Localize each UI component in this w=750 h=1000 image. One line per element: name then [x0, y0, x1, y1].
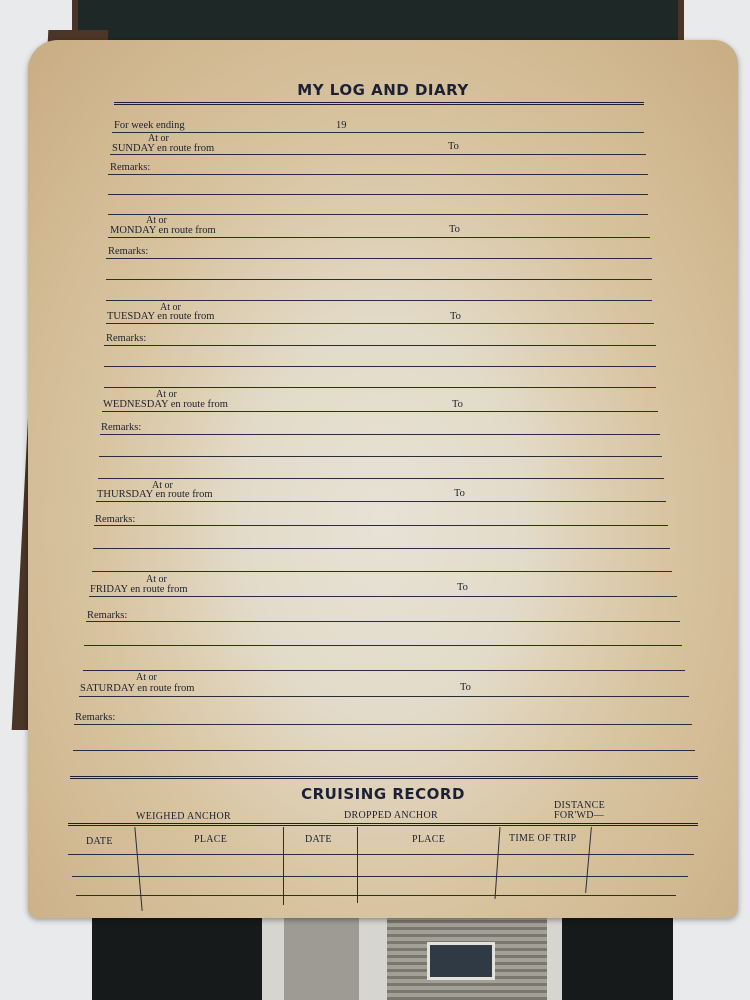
saturday-remarks-line[interactable]	[74, 724, 692, 725]
en-route-label: en route from	[155, 489, 212, 500]
en-route-label: en route from	[137, 683, 194, 694]
thursday-remarks-line[interactable]	[94, 525, 668, 526]
at-or-label: At or	[136, 672, 157, 683]
to-label: To	[460, 682, 471, 693]
notebook-cover-bottom-left	[92, 905, 277, 1000]
remarks-label: Remarks:	[75, 712, 115, 723]
monday-remarks-line[interactable]	[106, 300, 652, 301]
column-divider	[585, 827, 592, 893]
section-divider	[70, 776, 698, 779]
to-label: To	[449, 224, 460, 235]
en-route-label: en route from	[130, 584, 187, 595]
to-label: To	[450, 311, 461, 322]
sunday-remarks-line[interactable]	[108, 174, 648, 175]
remarks-label: Remarks:	[108, 246, 148, 257]
tuesday-remarks-line[interactable]	[104, 387, 656, 388]
day-name: WEDNESDAY	[103, 399, 168, 410]
tuesday-remarks-line[interactable]	[104, 345, 656, 346]
saturday-remarks-line[interactable]	[73, 750, 695, 751]
distance-line2: FOR'WD—	[554, 811, 605, 821]
cruising-record-title: CRUISING RECORD	[28, 785, 738, 803]
en-route-label: en route from	[171, 399, 228, 410]
day-name: TUESDAY	[107, 311, 155, 322]
dropped-anchor-label: DROPPED ANCHOR	[344, 810, 438, 821]
to-label: To	[457, 582, 468, 593]
column-divider	[134, 827, 142, 911]
en-route-label: en route from	[157, 311, 214, 322]
to-label: To	[448, 141, 459, 152]
monday-remarks-line[interactable]	[106, 279, 652, 280]
column-divider	[283, 827, 284, 905]
col-header-time-of-trip: TIME OF TRIP	[509, 833, 576, 844]
wednesday-remarks-line[interactable]	[100, 434, 660, 435]
sunday-remarks-line[interactable]	[108, 194, 648, 195]
wednesday-remarks-line[interactable]	[99, 456, 662, 457]
weighed-anchor-label: WEIGHED ANCHOR	[136, 811, 231, 822]
col-header-place: PLACE	[194, 834, 227, 845]
to-label: To	[454, 488, 465, 499]
wednesday-remarks-line[interactable]	[98, 478, 664, 479]
remarks-label: Remarks:	[106, 333, 146, 344]
day-name: FRIDAY	[90, 584, 128, 595]
en-route-label: en route from	[159, 225, 216, 236]
remarks-label: Remarks:	[95, 514, 135, 525]
thursday-remarks-line[interactable]	[93, 548, 670, 549]
day-name: MONDAY	[110, 225, 156, 236]
sunday-route-field[interactable]	[110, 154, 646, 155]
monday-remarks-line[interactable]	[106, 258, 652, 259]
remarks-label: Remarks:	[101, 422, 141, 433]
remarks-label: Remarks:	[110, 162, 150, 173]
remarks-label: Remarks:	[87, 610, 127, 621]
year-prefix: 19	[336, 120, 347, 131]
photo-window	[427, 942, 495, 980]
friday-remarks-line[interactable]	[86, 621, 680, 622]
friday-remarks-line[interactable]	[83, 670, 685, 671]
title-rule	[114, 102, 644, 105]
monday-route-field[interactable]	[108, 237, 650, 238]
col-header-place: PLACE	[412, 834, 445, 845]
thursday-remarks-line[interactable]	[92, 571, 672, 572]
distance-forward-label: DISTANCE FOR'WD—	[554, 801, 605, 821]
week-ending-label: For week ending	[114, 120, 185, 131]
friday-remarks-line[interactable]	[84, 645, 682, 646]
saturday-route-field[interactable]	[79, 696, 689, 697]
cruising-row-line[interactable]	[72, 876, 688, 877]
day-name: THURSDAY	[97, 489, 153, 500]
day-name: SUNDAY	[112, 143, 154, 154]
cruising-header-rule	[68, 823, 698, 826]
day-name: SATURDAY	[80, 683, 135, 694]
cruising-row-line[interactable]	[76, 895, 676, 896]
column-divider	[494, 827, 500, 899]
cruising-row-line[interactable]	[68, 854, 694, 855]
tuesday-route-field[interactable]	[106, 323, 654, 324]
week-ending-field[interactable]	[112, 132, 644, 133]
col-header-date: DATE	[86, 836, 113, 847]
photo-wall	[284, 915, 359, 1000]
log-page: MY LOG AND DIARY For week ending 19 At o…	[28, 40, 738, 918]
to-label: To	[452, 399, 463, 410]
column-divider	[357, 827, 358, 903]
friday-route-field[interactable]	[89, 596, 677, 597]
sunday-remarks-line[interactable]	[108, 214, 648, 215]
thursday-route-field[interactable]	[96, 501, 666, 502]
wednesday-route-field[interactable]	[102, 411, 658, 412]
tuesday-remarks-line[interactable]	[104, 366, 656, 367]
en-route-label: en route from	[157, 143, 214, 154]
col-header-date: DATE	[305, 834, 332, 845]
page-title: MY LOG AND DIARY	[28, 81, 738, 99]
